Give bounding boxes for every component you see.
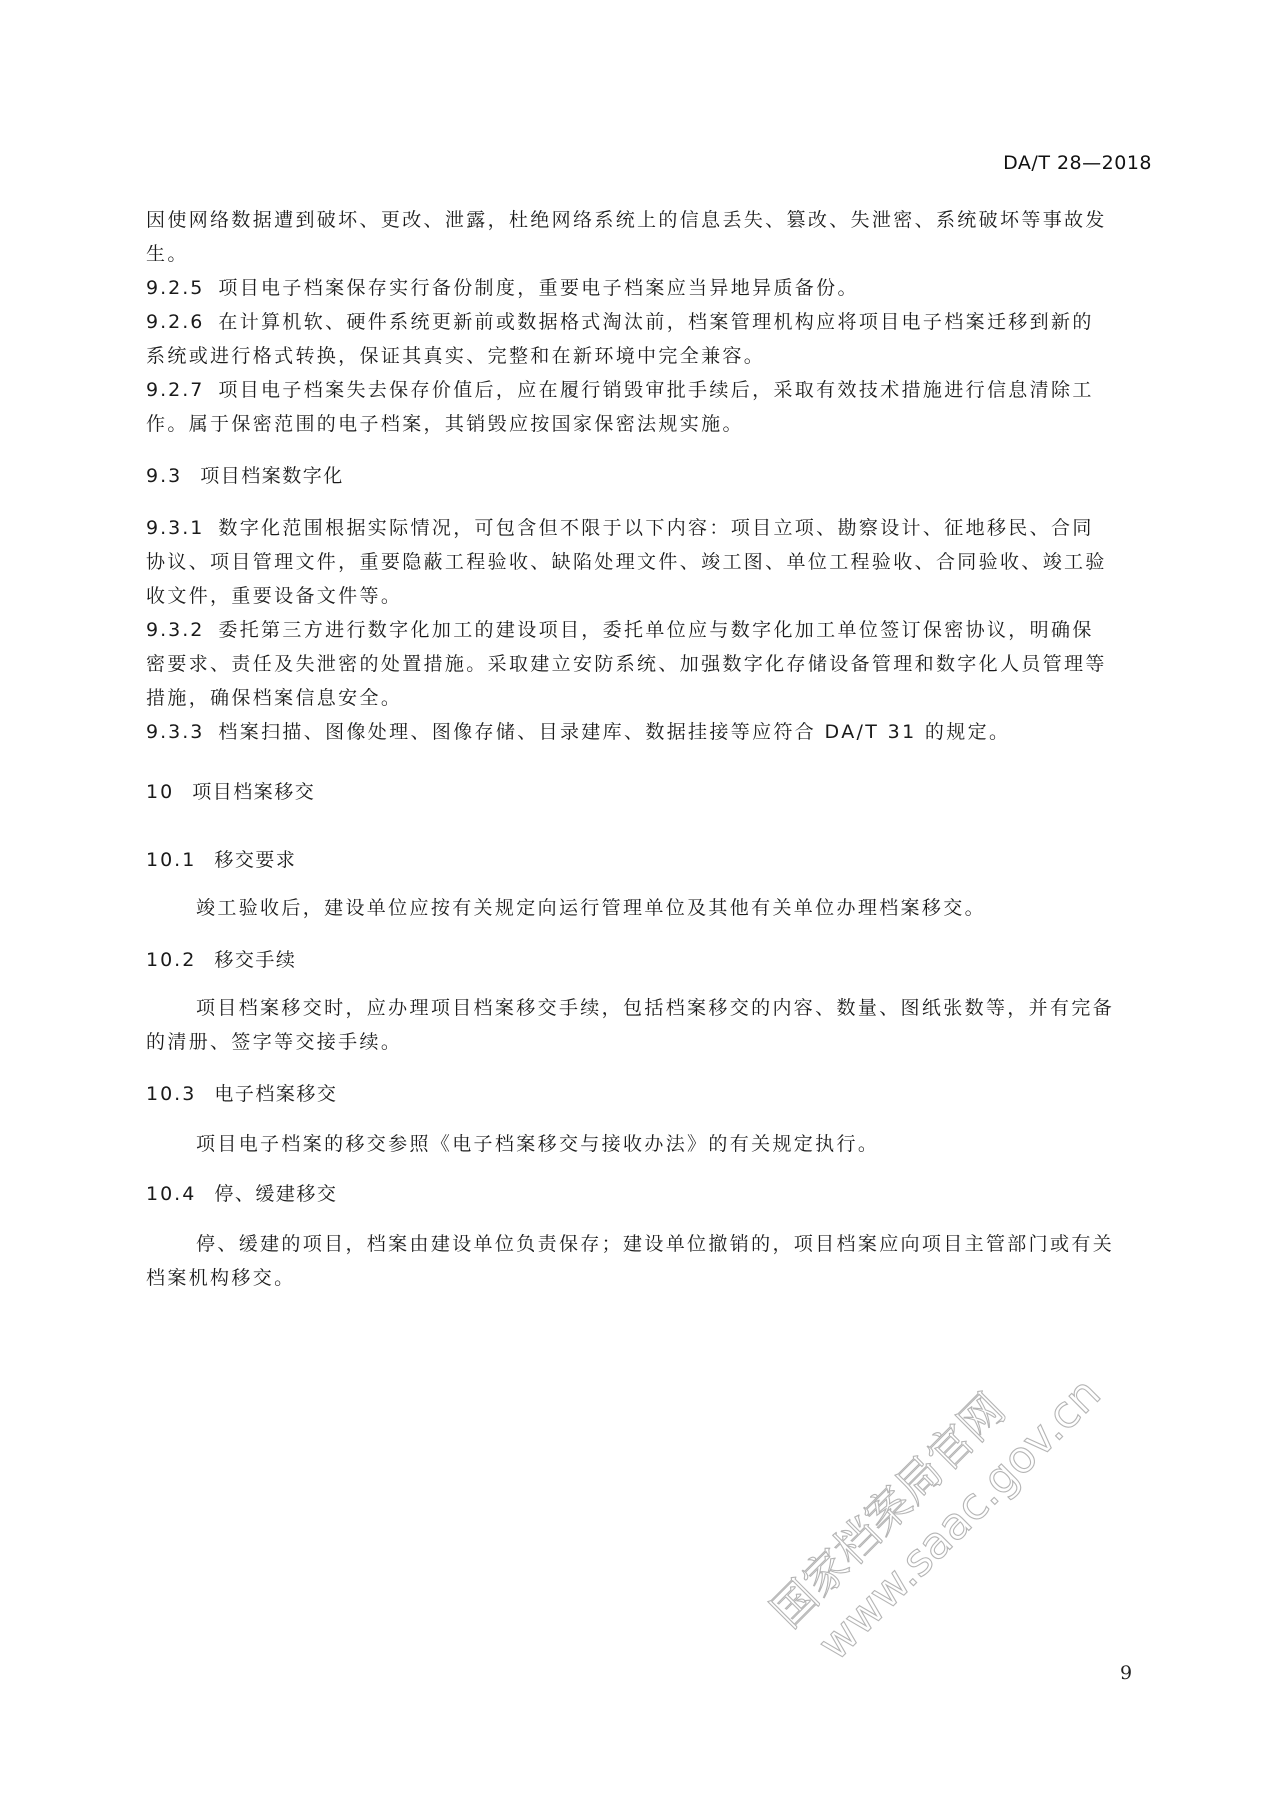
paragraph-line: 密要求、责任及失泄密的处置措施。采取建立安防系统、加强数字化存储设备管理和数字化…	[146, 650, 1107, 678]
watermark-line-2: www.saac.gov.cn	[808, 1368, 1110, 1670]
paragraph-line: 生。	[146, 240, 189, 268]
clause-9-2-6: 9.2.6在计算机软、硬件系统更新前或数据格式淘汰前，档案管理机构应将项目电子档…	[146, 308, 1094, 336]
watermark: 国家档案局官网 www.saac.gov.cn	[720, 1300, 1140, 1720]
paragraph-line: 系统或进行格式转换，保证其真实、完整和在新环境中完全兼容。	[146, 342, 765, 370]
clause-9-3-3: 9.3.3档案扫描、图像处理、图像存储、目录建库、数据挂接等应符合 DA/T 3…	[146, 718, 1010, 746]
clause-9-2-7: 9.2.7项目电子档案失去保存价值后，应在履行销毁审批手续后，采取有效技术措施进…	[146, 376, 1094, 404]
paragraph-line: 档案机构移交。	[146, 1264, 295, 1292]
page-number: 9	[1120, 1662, 1132, 1684]
section-heading-10-4: 10.4停、缓建移交	[146, 1180, 337, 1208]
section-number: 10.4	[146, 1180, 196, 1208]
clause-number: 9.2.6	[146, 308, 204, 336]
paragraph-line: 收文件，重要设备文件等。	[146, 582, 402, 610]
paragraph-line: 停、缓建的项目，档案由建设单位负责保存；建设单位撤销的，项目档案应向项目主管部门…	[196, 1230, 1114, 1258]
clause-number: 9.2.7	[146, 376, 204, 404]
document-page: DA/T 28—2018 因使网络数据遭到破坏、更改、泄露，杜绝网络系统上的信息…	[0, 0, 1280, 1810]
clause-number: 9.2.5	[146, 274, 204, 302]
paragraph-line: 因使网络数据遭到破坏、更改、泄露，杜绝网络系统上的信息丢失、篡改、失泄密、系统破…	[146, 206, 1107, 234]
clause-9-3-2: 9.3.2委托第三方进行数字化加工的建设项目，委托单位应与数字化加工单位签订保密…	[146, 616, 1094, 644]
section-heading-10-1: 10.1移交要求	[146, 846, 296, 874]
section-heading-9-3: 9.3项目档案数字化	[146, 462, 344, 490]
paragraph-line: 项目档案移交时，应办理项目档案移交手续，包括档案移交的内容、数量、图纸张数等，并…	[196, 994, 1114, 1022]
paragraph-line: 项目电子档案的移交参照《电子档案移交与接收办法》的有关规定执行。	[196, 1130, 879, 1158]
section-heading-10-2: 10.2移交手续	[146, 946, 296, 974]
clause-number: 9.3.2	[146, 616, 204, 644]
paragraph-line: 作。属于保密范围的电子档案，其销毁应按国家保密法规实施。	[146, 410, 744, 438]
clause-number: 9.3.1	[146, 514, 204, 542]
section-number: 9.3	[146, 462, 182, 490]
section-number: 10.3	[146, 1080, 196, 1108]
clause-9-3-1: 9.3.1数字化范围根据实际情况，可包含但不限于以下内容：项目立项、勘察设计、征…	[146, 514, 1094, 542]
watermark-graphic: 国家档案局官网 www.saac.gov.cn	[720, 1300, 1140, 1720]
paragraph-line: 竣工验收后，建设单位应按有关规定向运行管理单位及其他有关单位办理档案移交。	[196, 894, 986, 922]
chapter-heading-10: 10项目档案移交	[146, 778, 315, 806]
standard-code: DA/T 28—2018	[1003, 152, 1152, 174]
clause-number: 9.3.3	[146, 718, 204, 746]
paragraph-line: 措施，确保档案信息安全。	[146, 684, 402, 712]
paragraph-line: 的清册、签字等交接手续。	[146, 1028, 402, 1056]
section-heading-10-3: 10.3电子档案移交	[146, 1080, 337, 1108]
paragraph-line: 协议、项目管理文件，重要隐蔽工程验收、缺陷处理文件、竣工图、单位工程验收、合同验…	[146, 548, 1107, 576]
watermark-line-1: 国家档案局官网	[762, 1384, 1016, 1638]
section-number: 10.2	[146, 946, 196, 974]
section-number: 10.1	[146, 846, 196, 874]
chapter-number: 10	[146, 778, 174, 806]
clause-9-2-5: 9.2.5项目电子档案保存实行备份制度，重要电子档案应当异地异质备份。	[146, 274, 859, 302]
